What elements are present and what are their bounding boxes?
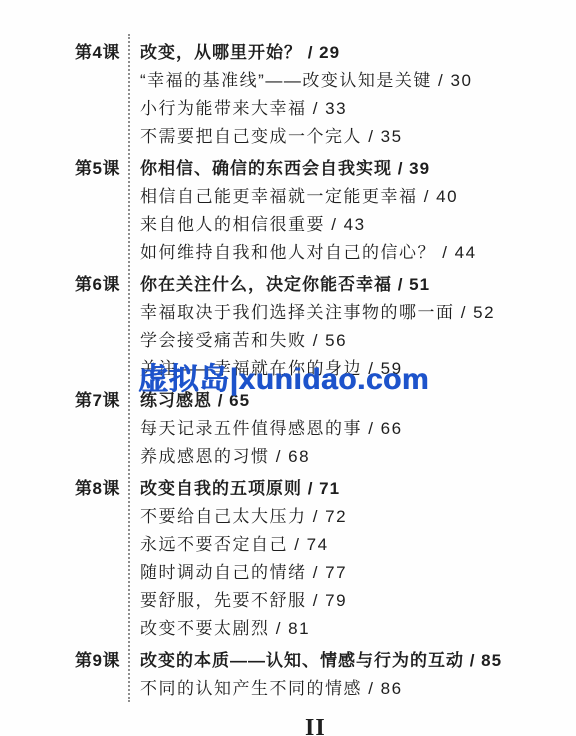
toc-entry: 每天记录五件值得感恩的事 / 66 [128, 414, 403, 439]
toc-row: “幸福的基准线”——改变认知是关键 / 30 [0, 64, 576, 92]
entry-separator: / [418, 187, 437, 206]
entry-page: 52 [473, 303, 495, 322]
toc-row: 随时调动自己的情绪 / 77 [0, 556, 576, 584]
entry-title: 养成感恩的习惯 [140, 447, 270, 466]
toc-entry: 不需要把自己变成一个完人 / 35 [128, 122, 403, 147]
toc-entry: 你在关注什么，决定你能否幸福 / 51 [128, 270, 430, 295]
entry-separator: / [392, 159, 409, 178]
entry-title: 改变，从哪里开始？ [140, 43, 302, 62]
toc-entry: 相信自己能更幸福就一定能更幸福 / 40 [128, 182, 458, 207]
toc-entry: 学会接受痛苦和失败 / 56 [128, 326, 347, 351]
entry-page: 43 [344, 215, 366, 234]
entry-page: 51 [409, 275, 430, 294]
toc-row: 第6课 你在关注什么，决定你能否幸福 / 51 [0, 268, 576, 296]
chapter-label: 第5课 [0, 154, 128, 179]
toc-row: 学会接受痛苦和失败 / 56 [0, 324, 576, 352]
entry-separator: / [455, 303, 474, 322]
entry-page: 86 [381, 679, 403, 698]
toc-entry: 幸福取决于我们选择关注事物的哪一面 / 52 [128, 298, 495, 323]
entry-title: 改变的本质——认知、情感与行为的互动 [140, 651, 464, 670]
entry-separator: / [432, 71, 451, 90]
entry-title: 改变自我的五项原则 [140, 479, 302, 498]
entry-title: 永远不要否定自己 [140, 535, 288, 554]
entry-page: 72 [325, 507, 347, 526]
entry-separator: / [362, 419, 381, 438]
entry-title: 不要给自己太大压力 [140, 507, 307, 526]
entry-separator: / [288, 535, 307, 554]
toc-row: 第8课 改变自我的五项原则 / 71 [0, 472, 576, 500]
entry-separator: / [307, 591, 326, 610]
entry-separator: / [302, 43, 319, 62]
chapter-label: 第9课 [0, 646, 128, 671]
entry-separator: / [307, 331, 326, 350]
book-page: 第4课 改变，从哪里开始？ / 29 “幸福的基准线”——改变认知是关键 / 3… [0, 0, 576, 736]
toc-row: 改变不要太剧烈 / 81 [0, 612, 576, 640]
entry-page: 44 [455, 243, 477, 262]
entry-page: 71 [319, 479, 340, 498]
toc-row: 要舒服，先要不舒服 / 79 [0, 584, 576, 612]
toc-entry: 改变不要太剧烈 / 81 [128, 614, 310, 639]
entry-separator: / [270, 447, 289, 466]
toc-entry: 改变的本质——认知、情感与行为的互动 / 85 [128, 646, 502, 671]
toc-entry: “幸福的基准线”——改变认知是关键 / 30 [128, 66, 472, 91]
entry-page: 77 [325, 563, 347, 582]
toc-row: 永远不要否定自己 / 74 [0, 528, 576, 556]
entry-separator: / [392, 275, 409, 294]
toc-row: 不要给自己太大压力 / 72 [0, 500, 576, 528]
toc-row: 不同的认知产生不同的情感 / 86 [0, 672, 576, 700]
page-number: II [305, 715, 326, 736]
toc-entry: 改变自我的五项原则 / 71 [128, 474, 340, 499]
chapter-label: 第4课 [0, 38, 128, 63]
entry-separator: / [436, 243, 455, 262]
entry-title: 要舒服，先要不舒服 [140, 591, 307, 610]
entry-page: 66 [381, 419, 403, 438]
watermark: 虚拟岛|xunidao.com [138, 354, 429, 398]
entry-title: 不同的认知产生不同的情感 [140, 679, 362, 698]
toc-row: 养成感恩的习惯 / 68 [0, 440, 576, 468]
entry-page: 39 [409, 159, 430, 178]
entry-page: 56 [325, 331, 347, 350]
toc-row: 不需要把自己变成一个完人 / 35 [0, 120, 576, 148]
toc-row: 相信自己能更幸福就一定能更幸福 / 40 [0, 180, 576, 208]
entry-title: 你相信、确信的东西会自我实现 [140, 159, 392, 178]
entry-separator: / [362, 127, 381, 146]
entry-separator: / [464, 651, 481, 670]
chapter-label: 第8课 [0, 474, 128, 499]
entry-separator: / [325, 215, 344, 234]
entry-page: 33 [325, 99, 347, 118]
entry-title: 你在关注什么，决定你能否幸福 [140, 275, 392, 294]
entry-page: 68 [288, 447, 310, 466]
entry-title: 相信自己能更幸福就一定能更幸福 [140, 187, 418, 206]
entry-title: “幸福的基准线”——改变认知是关键 [140, 71, 432, 90]
entry-page: 40 [436, 187, 458, 206]
toc-entry: 要舒服，先要不舒服 / 79 [128, 586, 347, 611]
entry-separator: / [307, 507, 326, 526]
entry-separator: / [307, 99, 326, 118]
entry-title: 学会接受痛苦和失败 [140, 331, 307, 350]
entry-title: 如何维持自我和他人对自己的信心？ [140, 243, 436, 262]
entry-page: 74 [307, 535, 329, 554]
toc-entry: 随时调动自己的情绪 / 77 [128, 558, 347, 583]
toc-row: 每天记录五件值得感恩的事 / 66 [0, 412, 576, 440]
entry-page: 29 [319, 43, 340, 62]
toc-row: 第5课 你相信、确信的东西会自我实现 / 39 [0, 152, 576, 180]
entry-separator: / [362, 679, 381, 698]
toc-entry: 不要给自己太大压力 / 72 [128, 502, 347, 527]
toc-entry: 不同的认知产生不同的情感 / 86 [128, 674, 403, 699]
toc-entry: 来自他人的相信很重要 / 43 [128, 210, 366, 235]
entry-title: 小行为能带来大幸福 [140, 99, 307, 118]
toc-entry: 养成感恩的习惯 / 68 [128, 442, 310, 467]
toc-entry: 小行为能带来大幸福 / 33 [128, 94, 347, 119]
chapter-label: 第6课 [0, 270, 128, 295]
entry-title: 改变不要太剧烈 [140, 619, 270, 638]
toc-row: 第4课 改变，从哪里开始？ / 29 [0, 36, 576, 64]
toc-entry: 你相信、确信的东西会自我实现 / 39 [128, 154, 430, 179]
toc-row: 幸福取决于我们选择关注事物的哪一面 / 52 [0, 296, 576, 324]
entry-page: 79 [325, 591, 347, 610]
toc-row: 小行为能带来大幸福 / 33 [0, 92, 576, 120]
entry-title: 每天记录五件值得感恩的事 [140, 419, 362, 438]
toc-row: 来自他人的相信很重要 / 43 [0, 208, 576, 236]
entry-title: 不需要把自己变成一个完人 [140, 127, 362, 146]
entry-page: 81 [288, 619, 310, 638]
toc-row: 第9课 改变的本质——认知、情感与行为的互动 / 85 [0, 644, 576, 672]
toc-entry: 永远不要否定自己 / 74 [128, 530, 329, 555]
entry-title: 随时调动自己的情绪 [140, 563, 307, 582]
entry-page: 30 [451, 71, 473, 90]
toc-row: 如何维持自我和他人对自己的信心？ / 44 [0, 236, 576, 264]
entry-title: 来自他人的相信很重要 [140, 215, 325, 234]
toc-entry: 如何维持自我和他人对自己的信心？ / 44 [128, 238, 477, 263]
entry-title: 幸福取决于我们选择关注事物的哪一面 [140, 303, 455, 322]
entry-page: 35 [381, 127, 403, 146]
entry-page: 85 [481, 651, 502, 670]
entry-separator: / [302, 479, 319, 498]
toc-entry: 改变，从哪里开始？ / 29 [128, 38, 340, 63]
entry-separator: / [270, 619, 289, 638]
chapter-label: 第7课 [0, 386, 128, 411]
entry-separator: / [307, 563, 326, 582]
